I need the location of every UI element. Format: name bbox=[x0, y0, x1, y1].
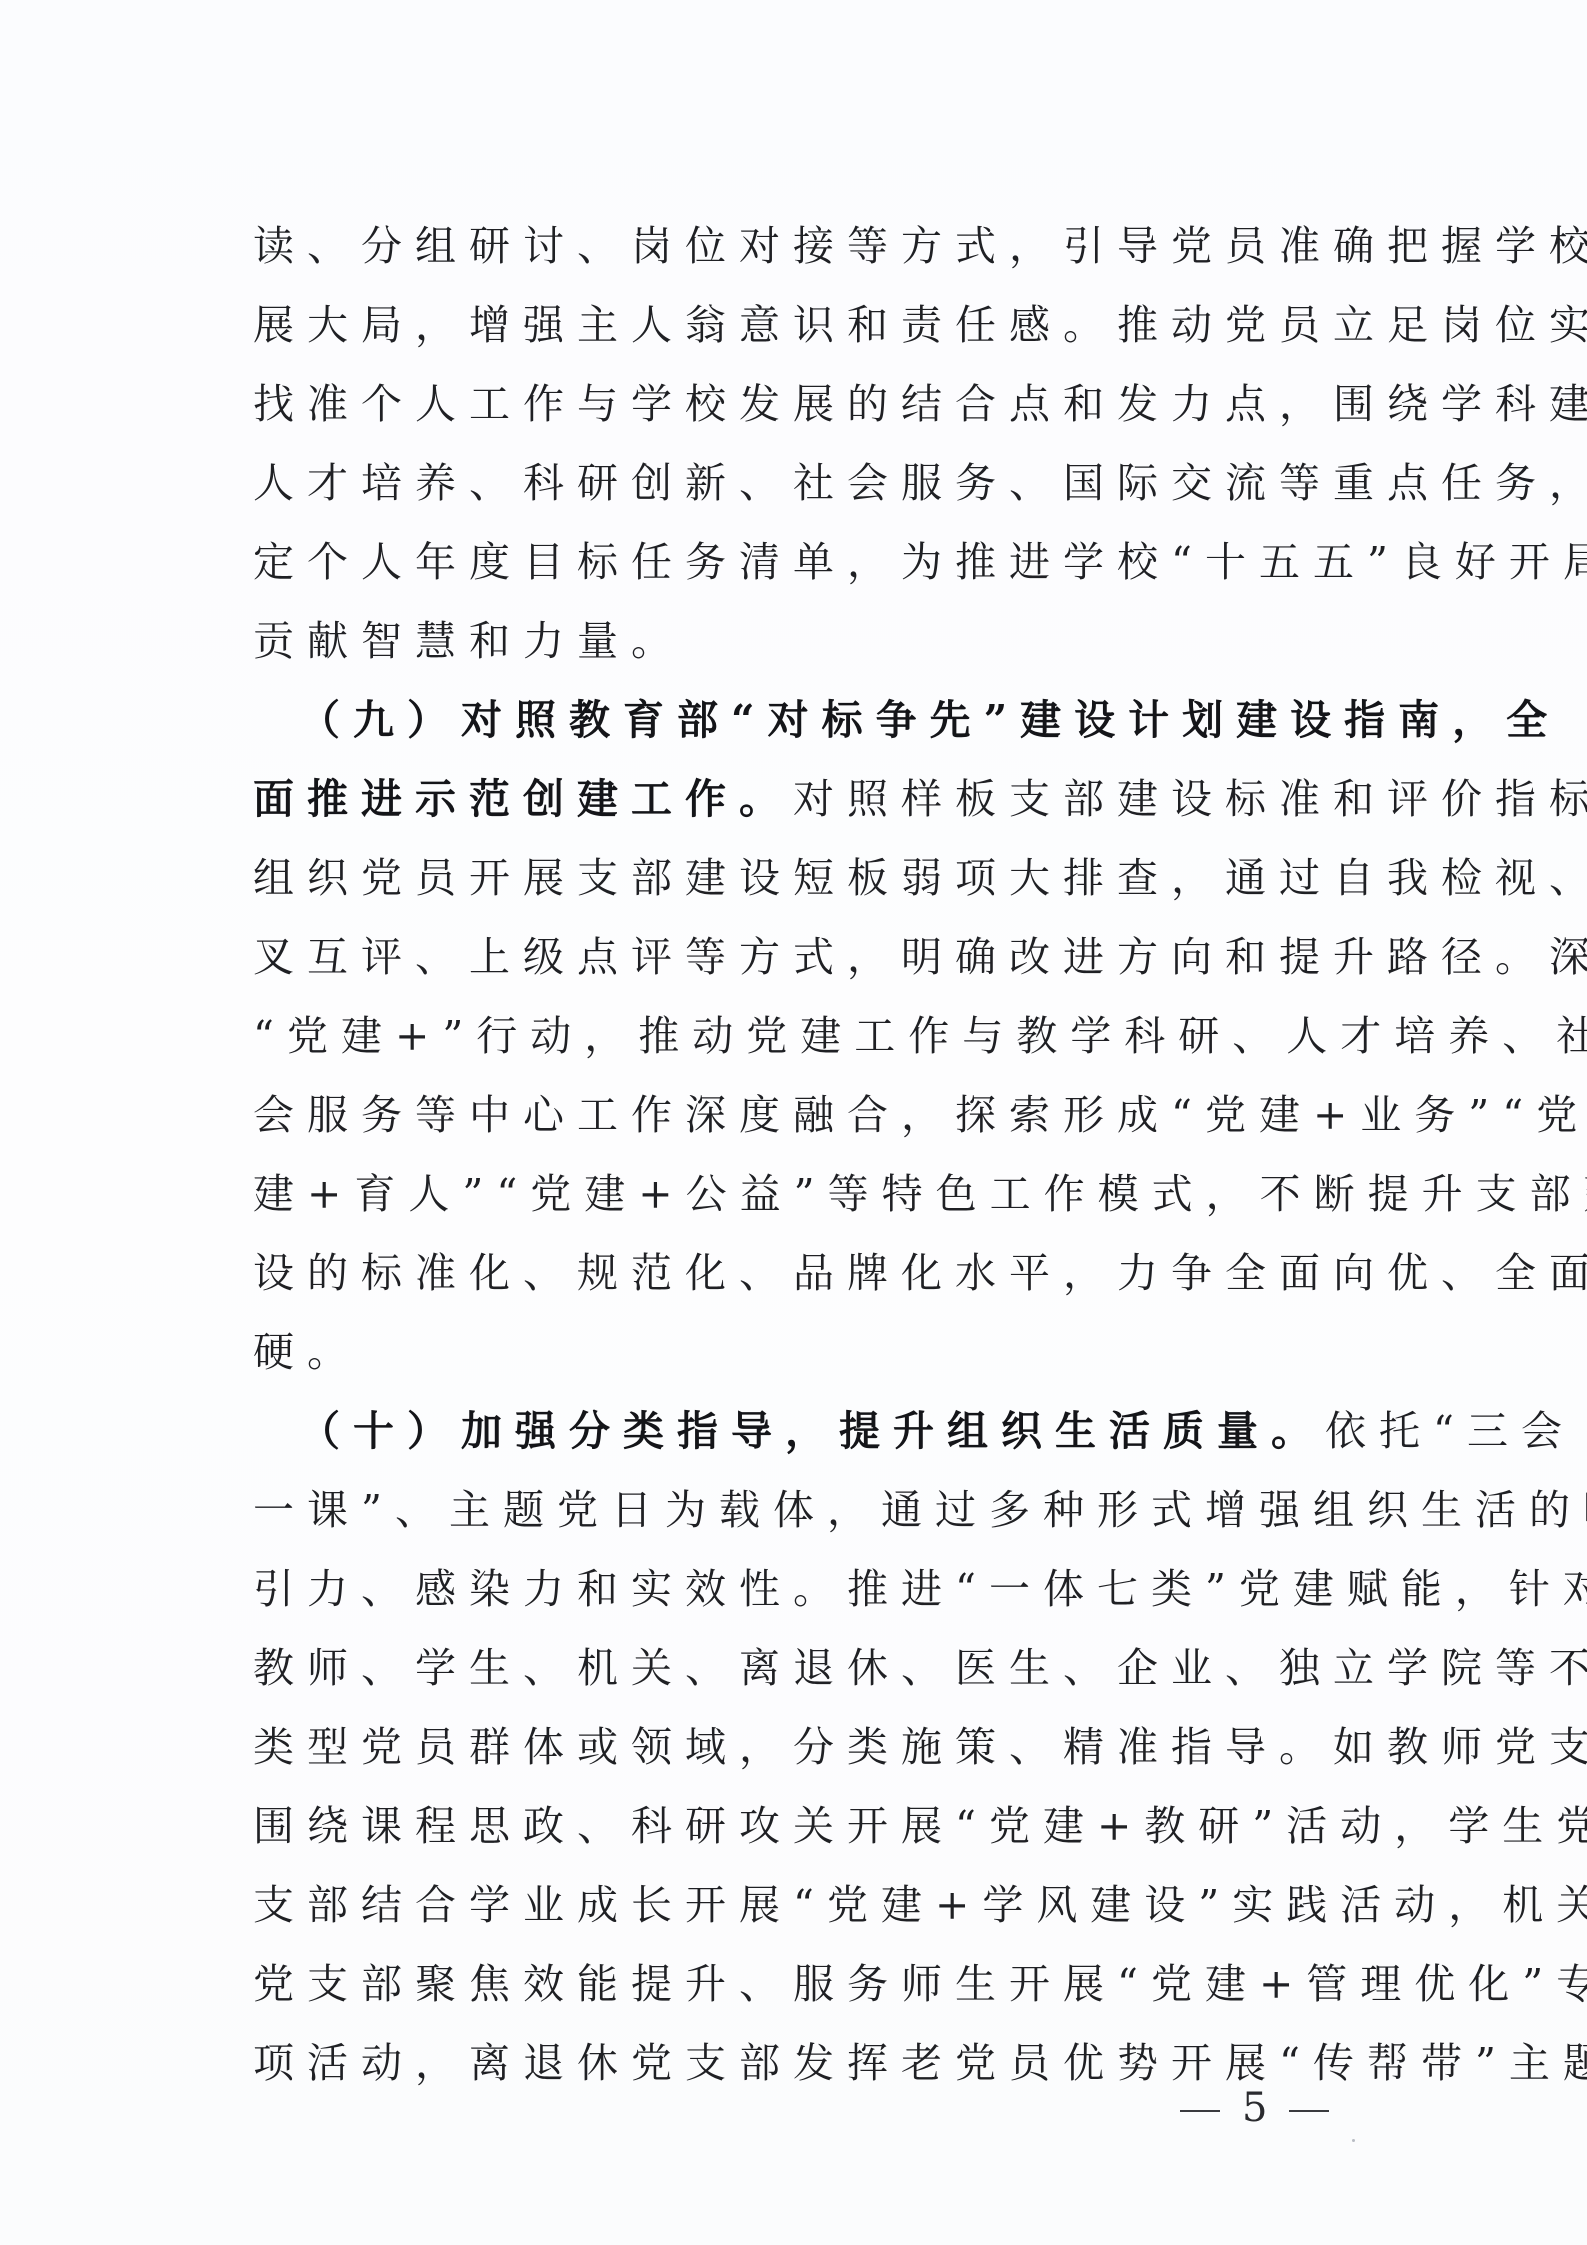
text-line: 读、分组研讨、岗位对接等方式，引导党员准确把握学校发 bbox=[253, 207, 1363, 286]
page-number-left-dash bbox=[1180, 2110, 1220, 2112]
page-number-right-dash bbox=[1289, 2110, 1329, 2112]
bold-heading-text: （九）对照教育部“对标争先”建设计划建设指南，全 bbox=[299, 696, 1560, 744]
text-line: 贡献智慧和力量。 bbox=[253, 602, 1363, 681]
body-text-segment: 展大局，增强主人翁意识和责任感。推动党员立足岗位实际， bbox=[253, 301, 1587, 349]
body-text-segment: 读、分组研讨、岗位对接等方式，引导党员准确把握学校发 bbox=[253, 222, 1587, 270]
bold-heading-text: （十）加强分类指导，提升组织生活质量。 bbox=[299, 1407, 1325, 1455]
text-line: 建+育人”“党建+公益”等特色工作模式，不断提升支部建 bbox=[253, 1155, 1363, 1234]
scan-speck bbox=[1352, 2139, 1355, 2142]
text-line: 党支部聚焦效能提升、服务师生开展“党建+管理优化”专 bbox=[253, 1945, 1363, 2024]
body-text-segment: 会服务等中心工作深度融合，探索形成“党建+业务”“党 bbox=[253, 1091, 1587, 1139]
body-text-segment: 建+育人”“党建+公益”等特色工作模式，不断提升支部建 bbox=[253, 1170, 1587, 1218]
text-line: 类型党员群体或领域，分类施策、精准指导。如教师党支部 bbox=[253, 1708, 1363, 1787]
text-line: 硬。 bbox=[253, 1313, 1363, 1392]
text-line: 会服务等中心工作深度融合，探索形成“党建+业务”“党 bbox=[253, 1076, 1363, 1155]
body-text-segment: 依托“三会 bbox=[1325, 1407, 1575, 1455]
body-text-segment: 找准个人工作与学校发展的结合点和发力点，围绕学科建设、 bbox=[253, 380, 1587, 428]
paragraph-heading-line: （十）加强分类指导，提升组织生活质量。依托“三会 bbox=[253, 1392, 1363, 1471]
text-line: 找准个人工作与学校发展的结合点和发力点，围绕学科建设、 bbox=[253, 365, 1363, 444]
text-line: “党建+”行动，推动党建工作与教学科研、人才培养、社 bbox=[253, 997, 1363, 1076]
body-text-segment: 叉互评、上级点评等方式，明确改进方向和提升路径。深化 bbox=[253, 933, 1587, 981]
document-page: 读、分组研讨、岗位对接等方式，引导党员准确把握学校发展大局，增强主人翁意识和责任… bbox=[0, 0, 1587, 2245]
document-body: 读、分组研讨、岗位对接等方式，引导党员准确把握学校发展大局，增强主人翁意识和责任… bbox=[253, 207, 1363, 2103]
body-text-segment: 引力、感染力和实效性。推进“一体七类”党建赋能，针对 bbox=[253, 1565, 1587, 1613]
text-line: 围绕课程思政、科研攻关开展“党建+教研”活动，学生党 bbox=[253, 1787, 1363, 1866]
body-text-segment: 硬。 bbox=[253, 1328, 361, 1376]
body-text-segment: 项活动，离退休党支部发挥老党员优势开展“传帮带”主题 bbox=[253, 2039, 1587, 2087]
text-line: 叉互评、上级点评等方式，明确改进方向和提升路径。深化 bbox=[253, 918, 1363, 997]
page-number: 5 bbox=[1158, 2078, 1351, 2138]
body-text-segment: 设的标准化、规范化、品牌化水平，力争全面向优、全面过 bbox=[253, 1249, 1587, 1297]
text-line: 面推进示范创建工作。对照样板支部建设标准和评价指标， bbox=[253, 760, 1363, 839]
body-text-segment: 党支部聚焦效能提升、服务师生开展“党建+管理优化”专 bbox=[253, 1960, 1587, 2008]
text-line: 引力、感染力和实效性。推进“一体七类”党建赋能，针对 bbox=[253, 1550, 1363, 1629]
body-text-segment: 定个人年度目标任务清单，为推进学校“十五五”良好开局 bbox=[253, 538, 1587, 586]
paragraph-heading-line: （九）对照教育部“对标争先”建设计划建设指南，全 bbox=[253, 681, 1363, 760]
body-text-segment: 类型党员群体或领域，分类施策、精准指导。如教师党支部 bbox=[253, 1723, 1587, 1771]
body-text-segment: 组织党员开展支部建设短板弱项大排查，通过自我检视、交 bbox=[253, 854, 1587, 902]
bold-heading-text: 面推进示范创建工作。 bbox=[253, 775, 793, 823]
text-line: 展大局，增强主人翁意识和责任感。推动党员立足岗位实际， bbox=[253, 286, 1363, 365]
body-text-segment: 贡献智慧和力量。 bbox=[253, 617, 685, 665]
body-text-segment: “党建+”行动，推动党建工作与教学科研、人才培养、社 bbox=[253, 1012, 1587, 1060]
text-line: 一课”、主题党日为载体，通过多种形式增强组织生活的吸 bbox=[253, 1471, 1363, 1550]
text-line: 教师、学生、机关、离退休、医生、企业、独立学院等不同 bbox=[253, 1629, 1363, 1708]
body-text-segment: 围绕课程思政、科研攻关开展“党建+教研”活动，学生党 bbox=[253, 1802, 1587, 1850]
body-text-segment: 一课”、主题党日为载体，通过多种形式增强组织生活的吸 bbox=[253, 1486, 1587, 1534]
text-line: 组织党员开展支部建设短板弱项大排查，通过自我检视、交 bbox=[253, 839, 1363, 918]
text-line: 支部结合学业成长开展“党建+学风建设”实践活动，机关 bbox=[253, 1866, 1363, 1945]
text-line: 设的标准化、规范化、品牌化水平，力争全面向优、全面过 bbox=[253, 1234, 1363, 1313]
text-line: 人才培养、科研创新、社会服务、国际交流等重点任务，制 bbox=[253, 444, 1363, 523]
body-text-segment: 人才培养、科研创新、社会服务、国际交流等重点任务，制 bbox=[253, 459, 1587, 507]
body-text-segment: 支部结合学业成长开展“党建+学风建设”实践活动，机关 bbox=[253, 1881, 1587, 1929]
text-line: 定个人年度目标任务清单，为推进学校“十五五”良好开局 bbox=[253, 523, 1363, 602]
body-text-segment: 教师、学生、机关、离退休、医生、企业、独立学院等不同 bbox=[253, 1644, 1587, 1692]
body-text-segment: 对照样板支部建设标准和评价指标， bbox=[793, 775, 1587, 823]
page-number-value: 5 bbox=[1242, 2085, 1267, 2131]
